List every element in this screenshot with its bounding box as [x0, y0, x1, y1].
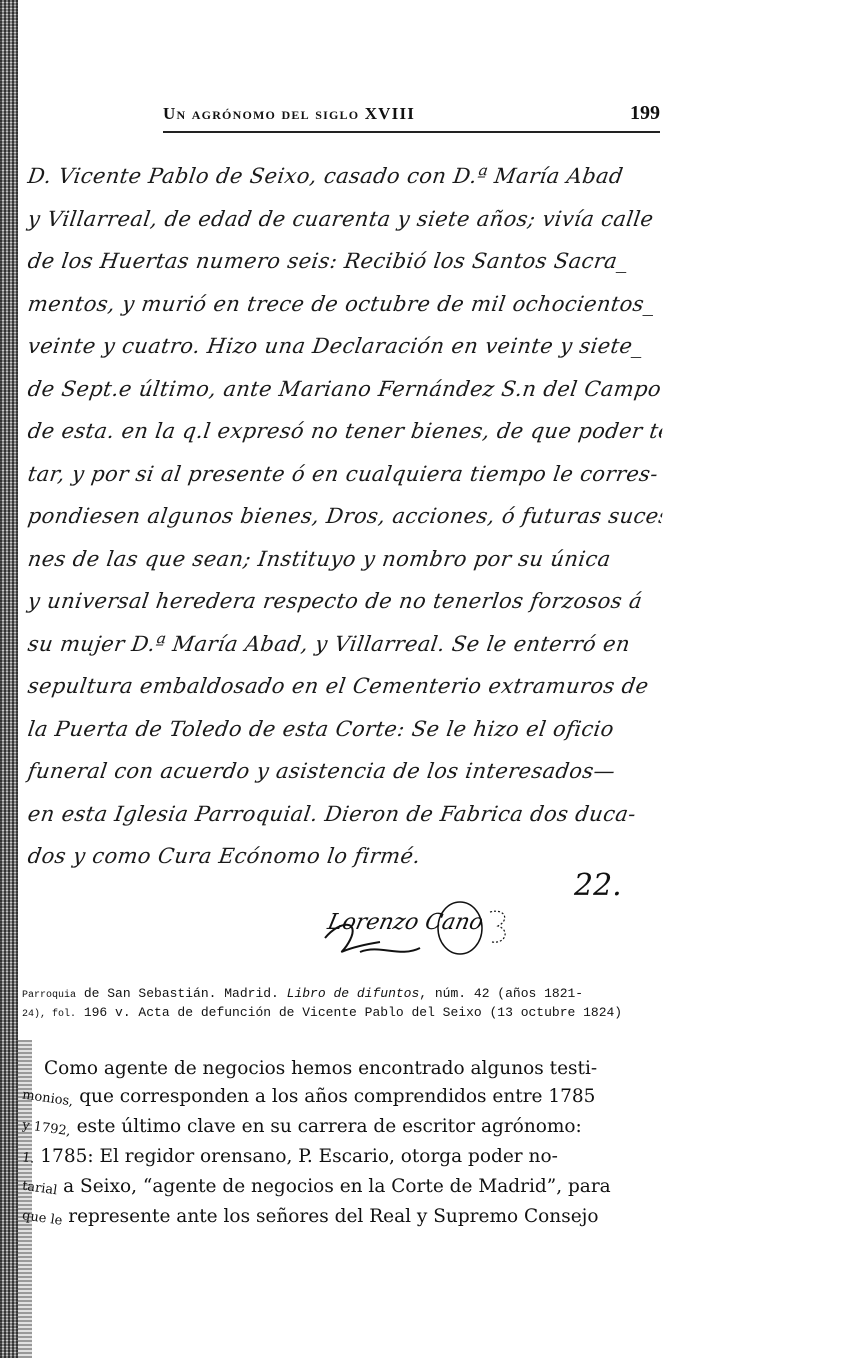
manuscript-line: y universal heredera respecto de no tene… — [19, 580, 665, 623]
body-line: tarial a Seixo, “agente de negocios en l… — [22, 1173, 662, 1203]
body-line: y 1792, este último clave en su carrera … — [22, 1113, 662, 1143]
manuscript-line: en esta Iglesia Parroquial. Dieron de Fa… — [19, 793, 665, 836]
body-line: que le represente ante los señores del R… — [22, 1203, 662, 1233]
manuscript-facsimile: D. Vicente Pablo de Seixo, casado con D.… — [22, 155, 662, 878]
footnote: Parroquia de San Sebastián. Madrid. Libr… — [22, 985, 662, 1023]
manuscript-line: tar, y por si al presente ó en cualquier… — [19, 453, 665, 496]
manuscript-line: de los Huertas numero seis: Recibió los … — [19, 240, 665, 283]
manuscript-line: y Villarreal, de edad de cuarenta y siet… — [19, 198, 665, 241]
manuscript-line: dos y como Cura Ecónomo lo firmé. — [19, 835, 665, 878]
running-header: Un agrónomo del siglo XVIII 199 — [163, 102, 660, 125]
manuscript-line: nes de las que sean; Instituyo y nombro … — [19, 538, 665, 581]
manuscript-line: D. Vicente Pablo de Seixo, casado con D.… — [19, 155, 665, 198]
footnote-line: Parroquia de San Sebastián. Madrid. Libr… — [22, 985, 662, 1004]
signature-name: Lorenzo Cano — [325, 910, 485, 935]
scan-binding-edge — [0, 0, 18, 1358]
body-line: monios, que corresponden a los años comp… — [22, 1083, 662, 1113]
manuscript-line: su mujer D.ª María Abad, y Villarreal. S… — [19, 623, 665, 666]
manuscript-line: mentos, y murió en trece de octubre de m… — [19, 283, 665, 326]
footnote-line: 24), fol. 196 v. Acta de defunción de Vi… — [22, 1004, 662, 1023]
manuscript-line: veinte y cuatro. Hizo una Declaración en… — [19, 325, 665, 368]
body-paragraph: Como agente de negocios hemos encontrado… — [22, 1055, 662, 1233]
manuscript-line: la Puerta de Toledo de esta Corte: Se le… — [19, 708, 665, 751]
body-line: Como agente de negocios hemos encontrado… — [22, 1055, 662, 1083]
manuscript-line: sepultura embaldosado en el Cementerio e… — [19, 665, 665, 708]
manuscript-line: funeral con acuerdo y asistencia de los … — [19, 750, 665, 793]
manuscript-line: pondiesen algunos bienes, Dros, acciones… — [19, 495, 665, 538]
folio-number: 22. — [574, 868, 622, 903]
signature: Lorenzo Cano — [320, 900, 520, 960]
manuscript-line: de esta. en la q.l expresó no tener bien… — [19, 410, 665, 453]
page-number: 199 — [630, 102, 660, 125]
manuscript-line: de Sept.e último, ante Mariano Fernández… — [19, 368, 665, 411]
body-line: 1. 1785: El regidor orensano, P. Escario… — [22, 1143, 662, 1173]
header-rule — [163, 131, 660, 133]
running-title: Un agrónomo del siglo XVIII — [163, 104, 415, 124]
